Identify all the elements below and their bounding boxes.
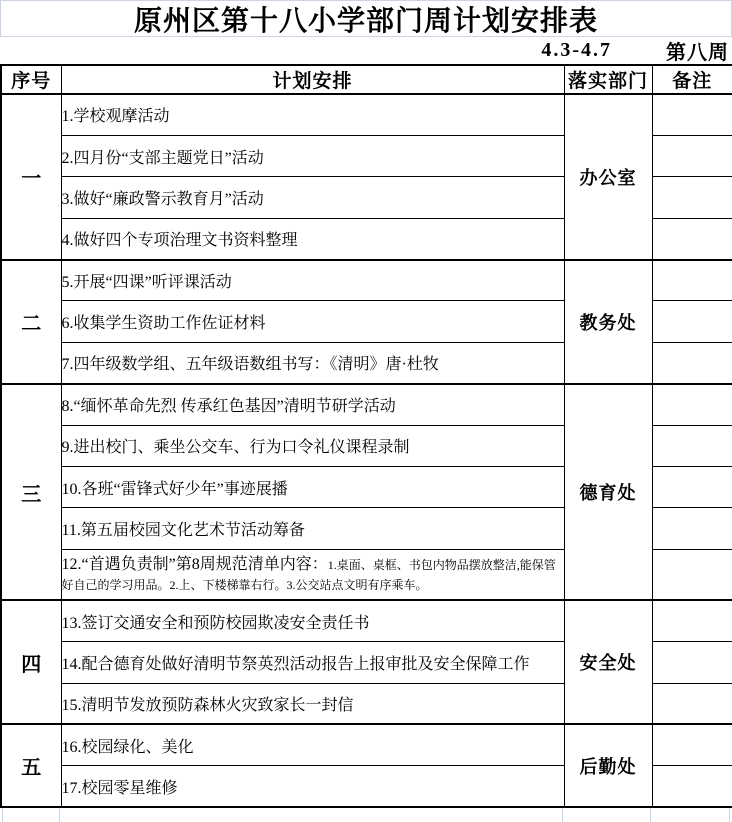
worksheet: 原州区第十八小学部门周计划安排表 4.3-4.7 第八周 序号 计划安排 落实部… [0,0,732,822]
plan-item: 14.配合德育处做好清明节祭英烈活动报告上报审批及安全保障工作 [61,642,564,683]
gridline [2,808,3,822]
remark-cell [652,467,732,508]
plan-item: 10.各班“雷锋式好少年”事迹展播 [61,467,564,508]
remark-cell [652,342,732,383]
section-index: 一 [1,94,61,260]
section-index: 五 [1,724,61,807]
plan-item-main: 12.“首遇负责制”第8周规范清单内容： [62,556,328,573]
department-cell: 后勤处 [564,724,652,807]
remark-cell [652,425,732,466]
remark-cell [652,260,732,301]
table-row: 五16.校园绿化、美化后勤处 [1,724,732,765]
remark-cell [652,135,732,176]
plan-item: 15.清明节发放预防森林火灾致家长一封信 [61,683,564,724]
page-title: 原州区第十八小学部门周计划安排表 [134,0,598,39]
plan-item: 1.学校观摩活动 [61,94,564,135]
plan-item: 5.开展“四课”听评课活动 [61,260,564,301]
remark-cell [652,549,732,600]
remark-cell [652,642,732,683]
gridline [650,808,651,822]
gridline [562,808,563,822]
header-remark: 备注 [652,65,732,94]
plan-item: 2.四月份“支部主题党日”活动 [61,135,564,176]
department-cell: 教务处 [564,260,652,384]
remark-cell [652,724,732,765]
plan-item: 8.“缅怀革命先烈 传承红色基因”清明节研学活动 [61,384,564,425]
department-cell: 安全处 [564,600,652,724]
plan-item: 12.“首遇负责制”第8周规范清单内容：1.桌面、桌框、书包内物品摆放整洁,能保… [61,549,564,600]
plan-item: 3.做好“廉政警示教育月”活动 [61,177,564,218]
plan-item: 6.收集学生资助工作佐证材料 [61,301,564,342]
remark-cell [652,177,732,218]
date-row: 4.3-4.7 第八周 [0,37,732,64]
plan-item: 17.校园零星维修 [61,766,564,807]
remark-cell [652,94,732,135]
section-index: 二 [1,260,61,384]
remark-cell [652,508,732,549]
remark-cell [652,766,732,807]
plan-item: 7.四年级数学组、五年级语数组书写：《清明》唐·杜牧 [61,342,564,383]
table-row: 三8.“缅怀革命先烈 传承红色基因”清明节研学活动德育处 [1,384,732,425]
plan-item: 9.进出校门、乘坐公交车、行为口令礼仪课程录制 [61,425,564,466]
department-cell: 办公室 [564,94,652,260]
plan-item: 13.签订交通安全和预防校园欺凌安全责任书 [61,600,564,641]
table-row: 四13.签订交通安全和预防校园欺凌安全责任书安全处 [1,600,732,641]
plan-item: 4.做好四个专项治理文书资料整理 [61,218,564,259]
week-label: 第八周 [666,36,729,65]
remark-cell [652,384,732,425]
weekly-plan-table: 序号 计划安排 落实部门 备注 一1.学校观摩活动办公室2.四月份“支部主题党日… [0,64,732,808]
table-row: 二5.开展“四课”听评课活动教务处 [1,260,732,301]
header-department: 落实部门 [564,65,652,94]
gridline [729,808,730,822]
plan-item: 11.第五届校园文化艺术节活动筹备 [61,508,564,549]
section-index: 三 [1,384,61,601]
remark-cell [652,683,732,724]
section-index: 四 [1,600,61,724]
date-range: 4.3-4.7 [541,39,612,62]
gridline [59,808,60,822]
header-plan: 计划安排 [61,65,564,94]
remark-cell [652,218,732,259]
remark-cell [652,301,732,342]
table-row: 一1.学校观摩活动办公室 [1,94,732,135]
plan-item: 16.校园绿化、美化 [61,724,564,765]
header-row: 序号 计划安排 落实部门 备注 [1,65,732,94]
remark-cell [652,600,732,641]
title-row: 原州区第十八小学部门周计划安排表 [0,0,732,37]
department-cell: 德育处 [564,384,652,601]
bottom-gridlines [0,808,732,822]
header-index: 序号 [1,65,61,94]
